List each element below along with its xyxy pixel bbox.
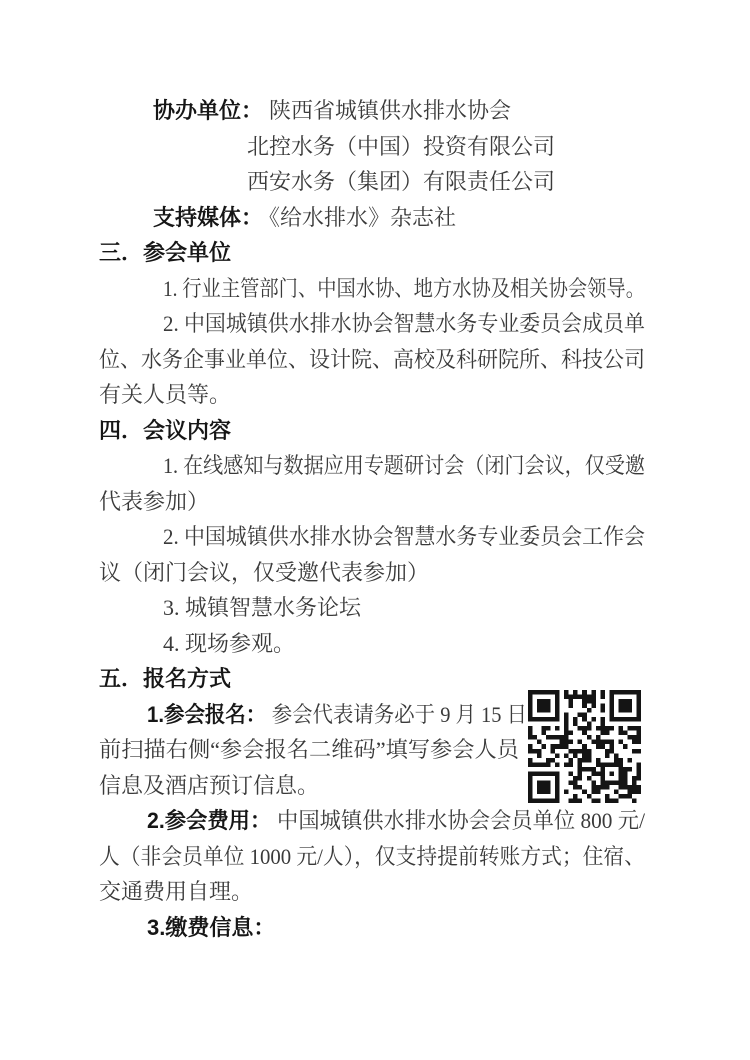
section-5-item-2-cont-2: 交通费用自理。 xyxy=(99,874,645,910)
section-4-item-2-text: 2. 中国城镇供水排水协会智慧水务专业委员会工作会 xyxy=(163,519,645,555)
section-3-item-2-cont-1-text: 位、水务企事业单位、设计院、高校及科研院所、科技公司 xyxy=(99,342,645,378)
section-4-item-3-text: 3. 城镇智慧水务论坛 xyxy=(163,590,361,626)
co-organizer-line-1-label: 协办单位： xyxy=(153,98,263,123)
section-5-item-2-text: 2.参会费用：中国城镇供水排水协会会员单位 800 元/ xyxy=(147,803,645,839)
section-4-item-4-text: 4. 现场参观。 xyxy=(163,626,295,662)
media-support-line: 支持媒体：《给水排水》杂志社 xyxy=(99,200,645,236)
section-3-item-2-cont-1: 位、水务企事业单位、设计院、高校及科研院所、科技公司 xyxy=(99,342,645,378)
section-4-item-1-cont-text: 代表参加） xyxy=(99,484,209,520)
section-3-item-2-cont-2: 有关人员等。 xyxy=(99,377,645,413)
section-3-item-2-text: 2. 中国城镇供水排水协会智慧水务专业委员会成员单 xyxy=(163,306,645,342)
section-4-item-1-text: 1. 在线感知与数据应用专题研讨会（闭门会议，仅受邀 xyxy=(163,448,645,484)
section-4-item-2-cont: 议（闭门会议，仅受邀代表参加） xyxy=(99,555,645,591)
section-5-item-1-cont-1-text: 前扫描右侧“参会报名二维码”填写参会人员 xyxy=(99,732,519,768)
section-3-item-2: 2. 中国城镇供水排水协会智慧水务专业委员会成员单 xyxy=(99,306,645,342)
section-5-item-1-label: 1.参会报名： xyxy=(147,702,266,727)
document-body: 协办单位：陕西省城镇供水排水协会北控水务（中国）投资有限公司西安水务（集团）有限… xyxy=(99,93,645,945)
media-support-line-text: 支持媒体：《给水排水》杂志社 xyxy=(153,200,456,236)
section-5-item-2-cont-1-text: 人（非会员单位 1000 元/人），仅支持提前转账方式；住宿、 xyxy=(99,839,645,875)
section-5-item-3-label: 3.缴费信息： xyxy=(147,915,275,940)
section-3-heading: 三．参会单位 xyxy=(99,235,645,271)
section-5-heading-text: 五．报名方式 xyxy=(99,661,231,697)
co-organizer-line-2-text: 北控水务（中国）投资有限公司 xyxy=(247,129,555,165)
section-3-item-2-cont-2-text: 有关人员等。 xyxy=(99,377,231,413)
section-4-heading: 四．会议内容 xyxy=(99,413,645,449)
section-4-item-1: 1. 在线感知与数据应用专题研讨会（闭门会议，仅受邀 xyxy=(99,448,645,484)
co-organizer-line-1: 协办单位：陕西省城镇供水排水协会 xyxy=(99,93,645,129)
document-page: 协办单位：陕西省城镇供水排水协会北控水务（中国）投资有限公司西安水务（集团）有限… xyxy=(0,0,750,1060)
section-5-item-3: 3.缴费信息： xyxy=(99,910,645,946)
section-4-item-3: 3. 城镇智慧水务论坛 xyxy=(99,590,645,626)
section-5-item-3-text: 3.缴费信息： xyxy=(147,910,281,946)
section-4-item-1-cont: 代表参加） xyxy=(99,484,645,520)
media-support-line-label: 支持媒体： xyxy=(153,205,263,230)
section-5-item-2-cont-2-text: 交通费用自理。 xyxy=(99,874,253,910)
section-5-item-2-label: 2.参会费用： xyxy=(147,808,271,833)
registration-qr-code-image xyxy=(528,690,641,803)
co-organizer-line-3: 西安水务（集团）有限责任公司 xyxy=(99,164,645,200)
section-3-item-1: 1. 行业主管部门、中国水协、地方水协及相关协会领导。 xyxy=(99,271,645,307)
section-3-item-1-text: 1. 行业主管部门、中国水协、地方水协及相关协会领导。 xyxy=(163,271,645,307)
co-organizer-line-2: 北控水务（中国）投资有限公司 xyxy=(99,129,645,165)
section-5-item-1-cont-2-text: 信息及酒店预订信息。 xyxy=(99,768,319,804)
co-organizer-line-3-text: 西安水务（集团）有限责任公司 xyxy=(247,164,555,200)
section-4-item-4: 4. 现场参观。 xyxy=(99,626,645,662)
section-4-heading-text: 四．会议内容 xyxy=(99,413,231,449)
section-5-item-2: 2.参会费用：中国城镇供水排水协会会员单位 800 元/ xyxy=(99,803,645,839)
section-4-item-2: 2. 中国城镇供水排水协会智慧水务专业委员会工作会 xyxy=(99,519,645,555)
section-3-heading-text: 三．参会单位 xyxy=(99,235,231,271)
co-organizer-line-1-text: 协办单位：陕西省城镇供水排水协会 xyxy=(153,93,511,129)
section-5-item-1-text: 1.参会报名：参会代表请务必于 9 月 15 日 xyxy=(147,697,527,733)
section-4-item-2-cont-text: 议（闭门会议，仅受邀代表参加） xyxy=(99,555,429,591)
section-5-item-2-cont-1: 人（非会员单位 1000 元/人），仅支持提前转账方式；住宿、 xyxy=(99,839,645,875)
